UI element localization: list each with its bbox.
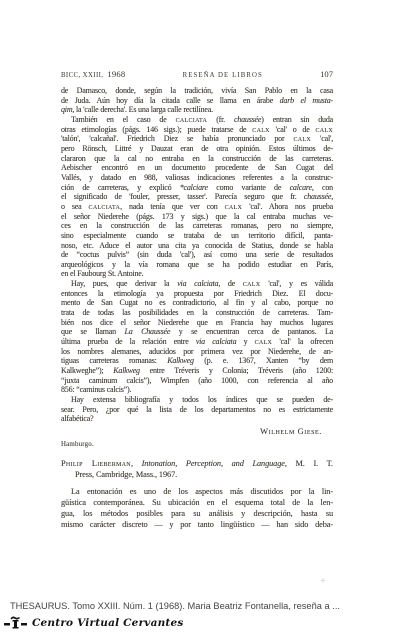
journal-reference-year: 1968	[107, 69, 125, 79]
text-line: última prueba de la relación entre via c…	[61, 337, 333, 347]
text-line: 'talón', 'calcañal'. Friedrich Diez se h…	[61, 134, 333, 144]
text-line: arqueológicos y la vía romana que se ha …	[61, 260, 333, 270]
text-line: o sea calciata, nada tenía que ver con c…	[61, 202, 333, 212]
text-line: en el Faubourg St. Antoine.	[61, 269, 333, 279]
text-line: alfabética?	[61, 414, 333, 424]
reviewer-location: Hamburgo.	[61, 441, 94, 448]
reviewer-signature: Wilhelm Giese.	[61, 427, 333, 436]
scanned-page: BICC, XXIII, 1968 RESEÑA DE LIBROS 107 d…	[0, 0, 419, 640]
text-line: qim, la 'calle derecha'. Es una larga ca…	[61, 105, 333, 115]
text-line: Press, Cambridge, Mass., 1967.	[61, 469, 333, 480]
text-line: entonces la etimología ya propuesta por …	[61, 289, 333, 299]
text-line: Philip Lieberman, Intonation, Perception…	[61, 458, 333, 469]
text-line: pero Rönsch, Littré y Dauzat eran de otr…	[61, 144, 333, 154]
text-line: 856: “caminus calcis”).	[61, 385, 333, 395]
text-line: mento de San Cugat no es contradictorio,…	[61, 298, 333, 308]
text-line: trata de todas las posibilidades en la c…	[61, 308, 333, 318]
text-line: de Damasco, donde, según la tradición, v…	[61, 86, 333, 96]
text-line: güística contemporánea. Su ubicación en …	[61, 498, 333, 509]
text-line: los nombres alemanes, aducidos por prime…	[61, 347, 333, 357]
page-header: BICC, XXIII, 1968 RESEÑA DE LIBROS 107	[61, 64, 333, 82]
text-line: otras etimologías (págs. 146 sigs.); pue…	[61, 125, 333, 135]
text-line: También en el caso de calciata (fr. chau…	[61, 115, 333, 125]
scan-artifact-mark: +	[320, 576, 326, 587]
second-review-body-text: La entonación es uno de los aspectos más…	[61, 487, 333, 531]
text-line: noso, etc. Aduce el autor una cita ya co…	[61, 241, 333, 251]
text-line: Hay extensa bibliografía y todos los índ…	[61, 395, 333, 405]
text-line: ción de carreteras, y explicó *calciare …	[61, 183, 333, 193]
text-line: ces en la construcción de las carreteras…	[61, 221, 333, 231]
text-line: de Juda. Aún hoy día la citada calle se …	[61, 96, 333, 106]
review-body-text: de Damasco, donde, según la tradición, v…	[61, 86, 333, 424]
text-line: Vallés, y datado en 988, valiosas indica…	[61, 173, 333, 183]
cvc-logo: Centro Virtual Cervantes	[4, 616, 183, 629]
cvc-logo-text: Centro Virtual Cervantes	[32, 617, 183, 629]
journal-reference: BICC, XXIII, 1968	[61, 64, 125, 82]
text-line: Kalkweghe”); Kalkweg entre Tréveris y Co…	[61, 366, 333, 376]
footer-caption: THESAURUS. Tomo XXIII. Núm. 1 (1968). Ma…	[10, 601, 340, 611]
text-line: La entonación es uno de los aspectos más…	[61, 487, 333, 498]
text-line: tiguas carreteras romanas: Kalkweg (p. e…	[61, 356, 333, 366]
book-citation: Philip Lieberman, Intonation, Perception…	[61, 458, 333, 480]
text-line: que se llaman La Chaussée y se encuentra…	[61, 327, 333, 337]
text-line: sino especialmente cuando se trataba de …	[61, 231, 333, 241]
text-line: clararon que la cal no entraba en la con…	[61, 154, 333, 164]
text-line: mismo carácter discreto — y por tanto li…	[61, 520, 333, 531]
cvc-logo-icon	[4, 616, 27, 629]
text-line: el señor Niederehe (págs. 173 y sigs.) q…	[61, 212, 333, 222]
journal-reference-abbrev: BICC, XXIII,	[61, 72, 103, 79]
text-line: Hay, pues, que derivar la via calciata, …	[61, 279, 333, 289]
text-line: sear. Pero, ¿por qué la lista de los dep…	[61, 405, 333, 415]
text-line: gua, los métodos posibles para su anális…	[61, 509, 333, 520]
section-title: RESEÑA DE LIBROS	[183, 72, 263, 79]
text-line: “juxta caminum calcis”), Wimpfen (año 10…	[61, 376, 333, 386]
text-line: de “coctus pulvis” (sin duda 'cal'), así…	[61, 250, 333, 260]
text-line: el significado de 'fouler, presser, tass…	[61, 192, 333, 202]
text-line: Aebischer encontró en un documento proce…	[61, 163, 333, 173]
page-number: 107	[320, 69, 333, 79]
text-line: bién nos dice el señor Niederehe que en …	[61, 318, 333, 328]
